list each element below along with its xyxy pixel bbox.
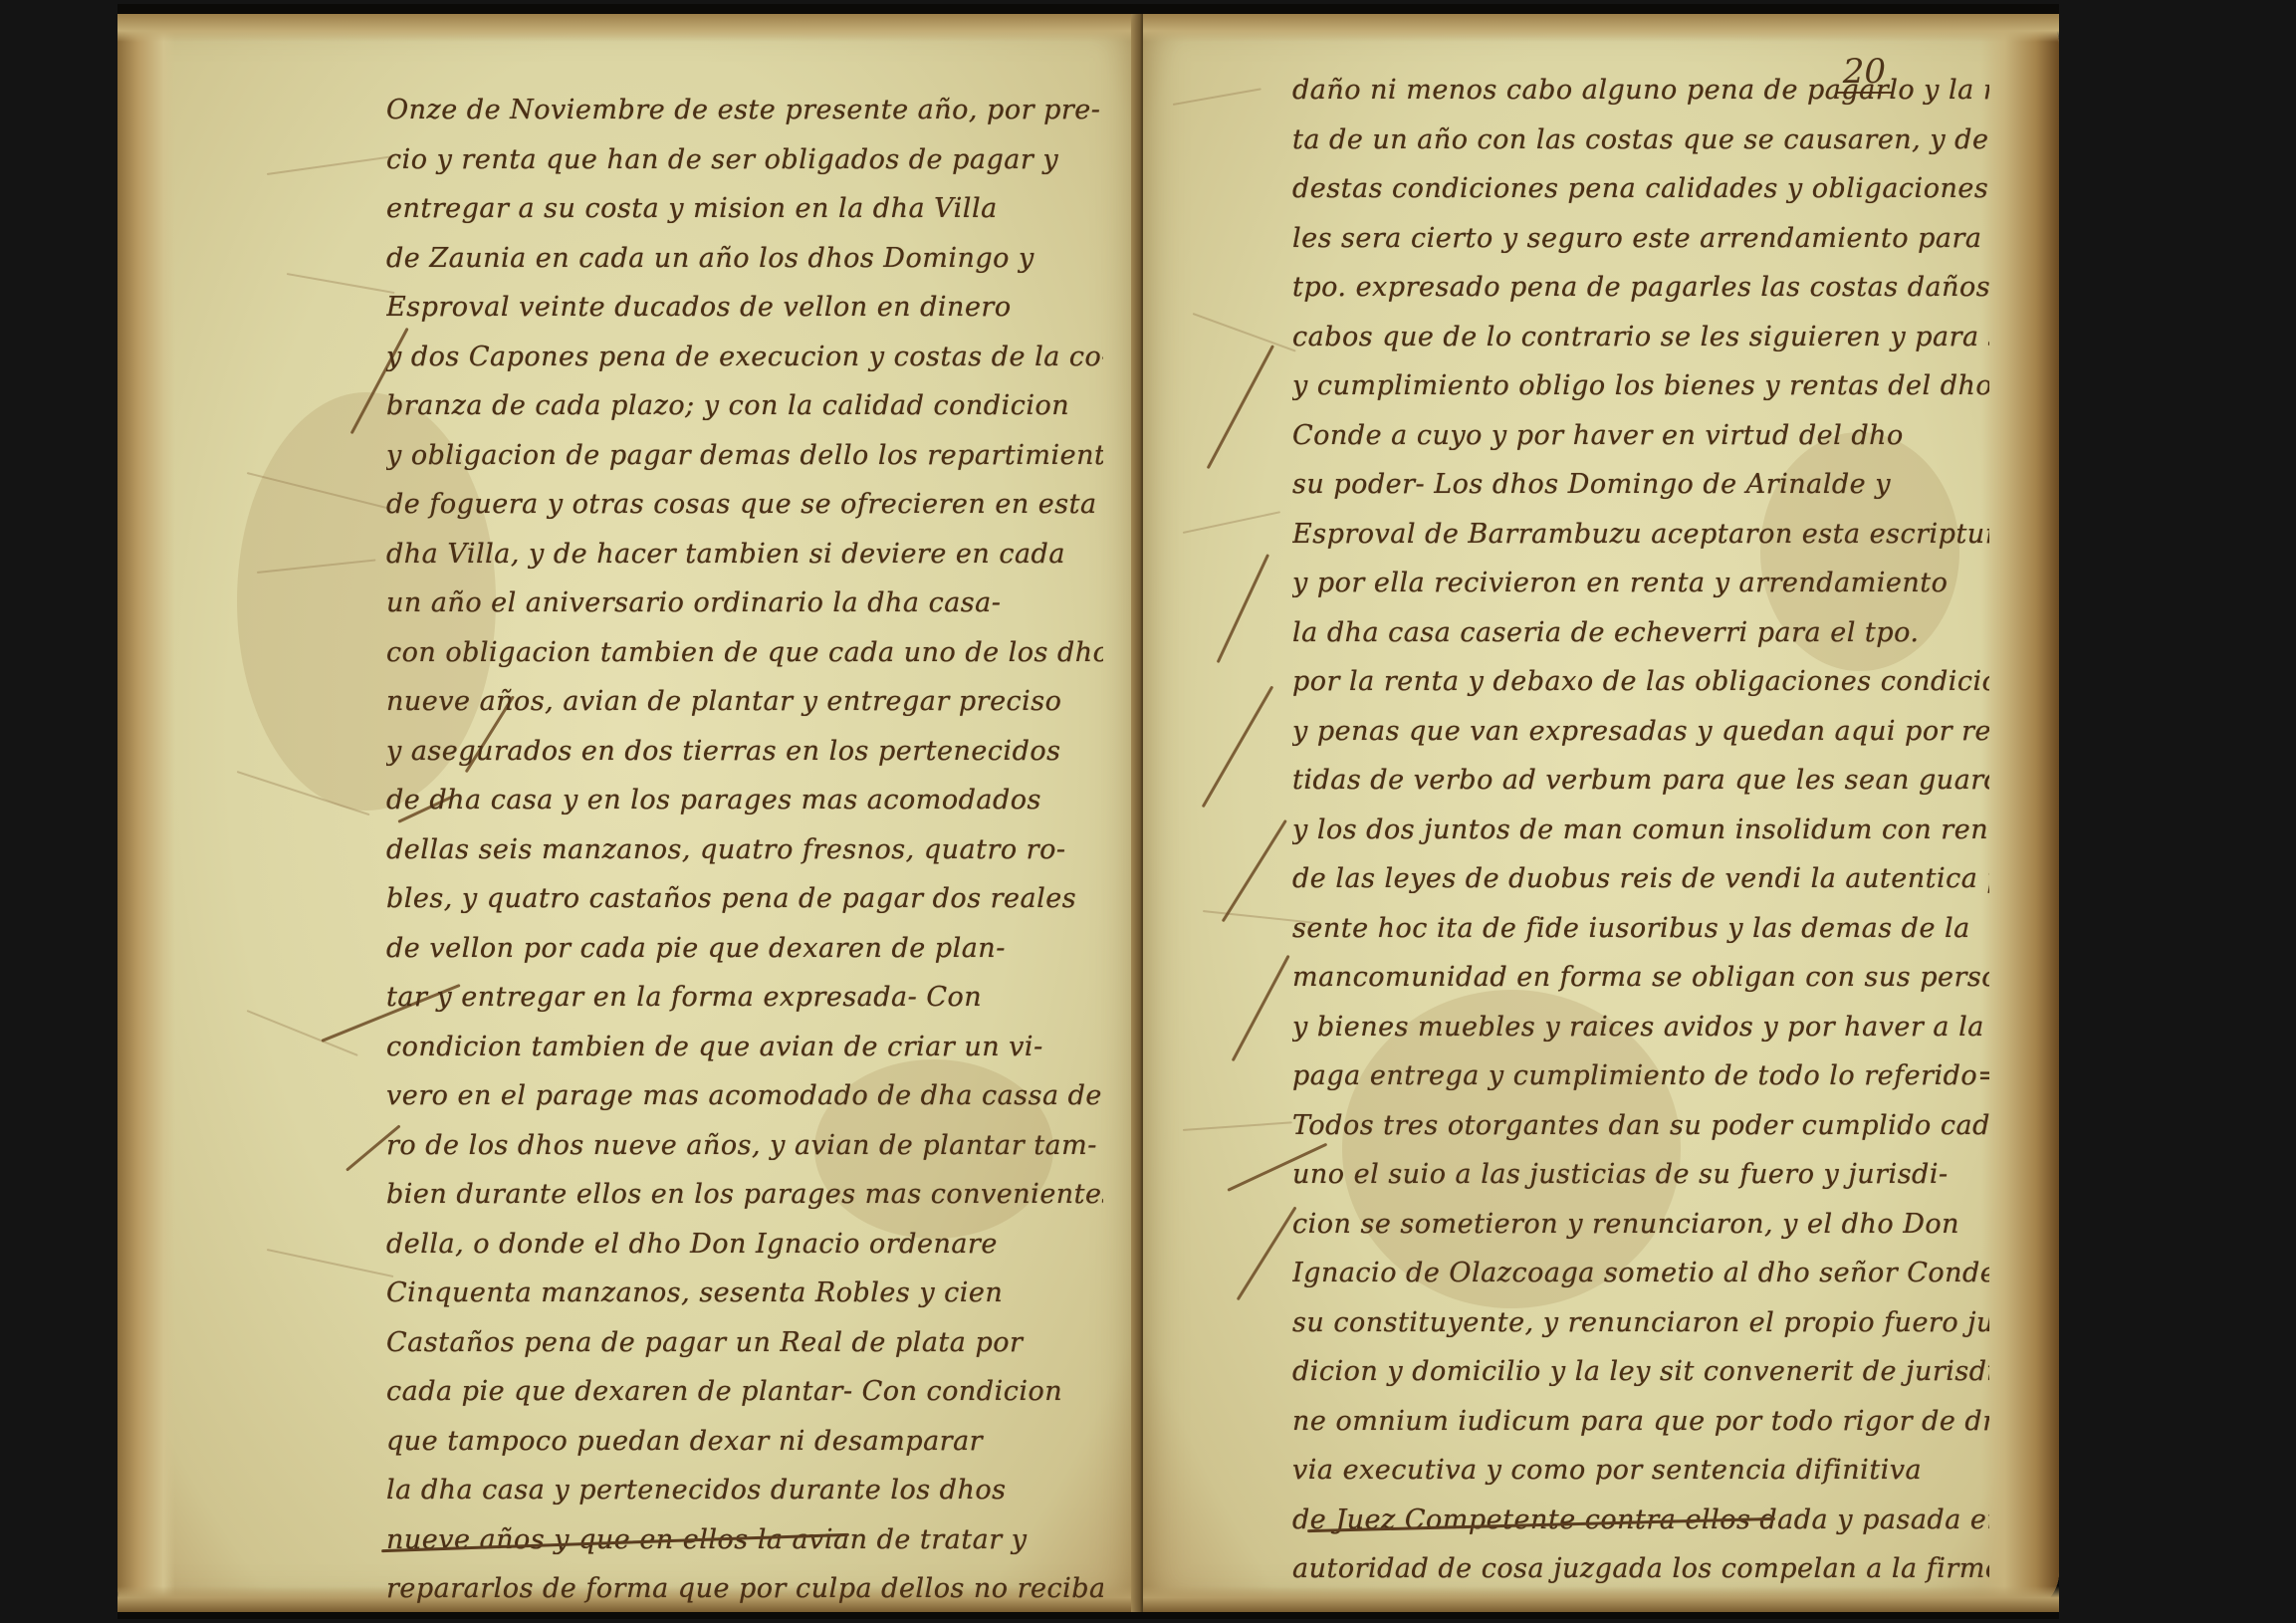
manuscript-line: cio y renta que han de ser obligados de … — [386, 135, 1103, 185]
manuscript-line: cion se sometieron y renunciaron, y el d… — [1292, 1200, 1989, 1250]
manuscript-line: destas condiciones pena calidades y obli… — [1292, 164, 1989, 214]
manuscript-line: su constituyente, y renunciaron el propi… — [1292, 1298, 1989, 1348]
manuscript-line: dha Villa, y de hacer tambien si deviere… — [386, 530, 1103, 580]
manuscript-line: tpo. expresado pena de pagarles las cost… — [1292, 263, 1989, 313]
manuscript-line: ta de un año con las costas que se causa… — [1292, 116, 1989, 165]
manuscript-line: y obligacion de pagar demas dello los re… — [386, 431, 1103, 481]
manuscript-line: y cumplimiento obligo los bienes y renta… — [1292, 361, 1989, 411]
manuscript-line: de Zaunia en cada un año los dhos Doming… — [386, 234, 1103, 284]
manuscript-line: mancomunidad en forma se obligan con sus… — [1292, 953, 1989, 1003]
bleed-through-stroke — [1183, 511, 1280, 534]
manuscript-line: tar y entregar en la forma expresada- Co… — [386, 973, 1103, 1023]
manuscript-line: y dos Capones pena de execucion y costas… — [386, 333, 1103, 382]
bleed-through-stroke — [267, 1249, 394, 1277]
manuscript-line: paga entrega y cumplimiento de todo lo r… — [1292, 1051, 1989, 1101]
manuscript-line: Esproval veinte ducados de vellon en din… — [386, 283, 1103, 333]
manuscript-line: un año el aniversario ordinario la dha c… — [386, 579, 1103, 628]
manuscript-line: su poder- Los dhos Domingo de Arinalde y — [1292, 460, 1989, 510]
right-page: 20 daño ni menos cabo alguno pena de pag… — [1143, 14, 2059, 1612]
manuscript-line: dicion y domicilio y la ley sit convener… — [1292, 1347, 1989, 1397]
manuscript-line: bien durante ellos en los parages mas co… — [386, 1170, 1103, 1220]
manuscript-line: y por ella recivieron en renta y arrenda… — [1292, 559, 1989, 608]
manuscript-line: nueve años, avian de plantar y entregar … — [386, 677, 1103, 727]
manuscript-line: dellas seis manzanos, quatro fresnos, qu… — [386, 825, 1103, 875]
manuscript-line: con obligacion tambien de que cada uno d… — [386, 628, 1103, 678]
manuscript-line: autoridad de cosa juzgada los compelan a… — [1292, 1544, 1989, 1594]
manuscript-line: les sera cierto y seguro este arrendamie… — [1292, 214, 1989, 264]
manuscript-line: que tampoco puedan dexar ni desamparar — [386, 1417, 1103, 1467]
bleed-through-stroke — [267, 155, 395, 175]
manuscript-line: de Juez Competente contra ellos dada y p… — [1292, 1496, 1989, 1545]
margin-flourish — [1222, 819, 1287, 922]
bleed-through-stroke — [1183, 1121, 1292, 1131]
manuscript-line: Conde a cuyo y por haver en virtud del d… — [1292, 411, 1989, 461]
manuscript-line: de las leyes de duobus reis de vendi la … — [1292, 854, 1989, 904]
manuscript-line: ro de los dhos nueve años, y avian de pl… — [386, 1121, 1103, 1171]
manuscript-line: cabos que de lo contrario se les siguier… — [1292, 313, 1989, 362]
margin-flourish — [1217, 554, 1269, 663]
left-page-top-edge — [117, 14, 1137, 42]
manuscript-line: branza de cada plazo; y con la calidad c… — [386, 381, 1103, 431]
right-page-worn-edge — [1981, 14, 2059, 1612]
manuscript-line: de foguera y otras cosas que se ofrecier… — [386, 480, 1103, 530]
manuscript-line: via executiva y como por sentencia difin… — [1292, 1446, 1989, 1496]
manuscript-line: Esproval de Barrambuzu aceptaron esta es… — [1292, 510, 1989, 560]
manuscript-line: y penas que van expresadas y quedan aqui… — [1292, 707, 1989, 757]
bleed-through-stroke — [287, 273, 395, 294]
document-viewer: Onze de Noviembre de este presente año, … — [0, 0, 2296, 1623]
manuscript-line: la dha casa y pertenecidos durante los d… — [386, 1466, 1103, 1515]
manuscript-line: bles, y quatro castaños pena de pagar do… — [386, 874, 1103, 924]
manuscript-line: della, o donde el dho Don Ignacio ordena… — [386, 1220, 1103, 1270]
manuscript-line: entregar a su costa y mision en la dha V… — [386, 184, 1103, 234]
right-page-text: daño ni menos cabo alguno pena de pagarl… — [1292, 66, 1989, 1594]
bleed-through-stroke — [1193, 313, 1296, 352]
manuscript-line: la dha casa caseria de echeverri para el… — [1292, 608, 1989, 658]
manuscript-line: repararlos de forma que por culpa dellos… — [386, 1564, 1103, 1614]
bleed-through-stroke — [1173, 88, 1262, 106]
manuscript-line: por la renta y debaxo de las obligacione… — [1292, 657, 1989, 707]
margin-flourish — [1237, 1206, 1297, 1300]
margin-flourish — [1202, 686, 1274, 809]
manuscript-line: Todos tres otorgantes dan su poder cumpl… — [1292, 1101, 1989, 1151]
margin-flourish — [1207, 345, 1274, 469]
manuscript-line: tidas de verbo ad verbum para que les se… — [1292, 756, 1989, 806]
manuscript-line: Castaños pena de pagar un Real de plata … — [386, 1318, 1103, 1368]
margin-flourish — [1232, 955, 1290, 1061]
manuscript-line: condicion tambien de que avian de criar … — [386, 1023, 1103, 1072]
manuscript-line: cada pie que dexaren de plantar- Con con… — [386, 1367, 1103, 1417]
left-page: Onze de Noviembre de este presente año, … — [117, 14, 1137, 1612]
manuscript-line: ne omnium iudicum para que por todo rigo… — [1292, 1397, 1989, 1447]
manuscript-line: Onze de Noviembre de este presente año, … — [386, 86, 1103, 135]
manuscript-line: uno el suio a las justicias de su fuero … — [1292, 1150, 1989, 1200]
manuscript-line: daño ni menos cabo alguno pena de pagarl… — [1292, 66, 1989, 116]
left-page-text: Onze de Noviembre de este presente año, … — [386, 86, 1103, 1614]
manuscript-line: de vellon por cada pie que dexaren de pl… — [386, 924, 1103, 974]
manuscript-line: Ignacio de Olazcoaga sometio al dho seño… — [1292, 1249, 1989, 1298]
left-page-worn-edge — [117, 14, 175, 1612]
manuscript-spread: Onze de Noviembre de este presente año, … — [117, 4, 2059, 1619]
manuscript-line: sente hoc ita de fide iusoribus y las de… — [1292, 904, 1989, 954]
right-page-top-edge — [1143, 14, 2059, 42]
manuscript-line: y bienes muebles y raices avidos y por h… — [1292, 1003, 1989, 1052]
manuscript-line: y asegurados en dos tierras en los perte… — [386, 727, 1103, 777]
manuscript-line: y los dos juntos de man comun insolidum … — [1292, 806, 1989, 855]
manuscript-line: Cinquenta manzanos, sesenta Robles y cie… — [386, 1269, 1103, 1318]
manuscript-line: vero en el parage mas acomodado de dha c… — [386, 1071, 1103, 1121]
manuscript-line: de dha casa y en los parages mas acomoda… — [386, 776, 1103, 825]
